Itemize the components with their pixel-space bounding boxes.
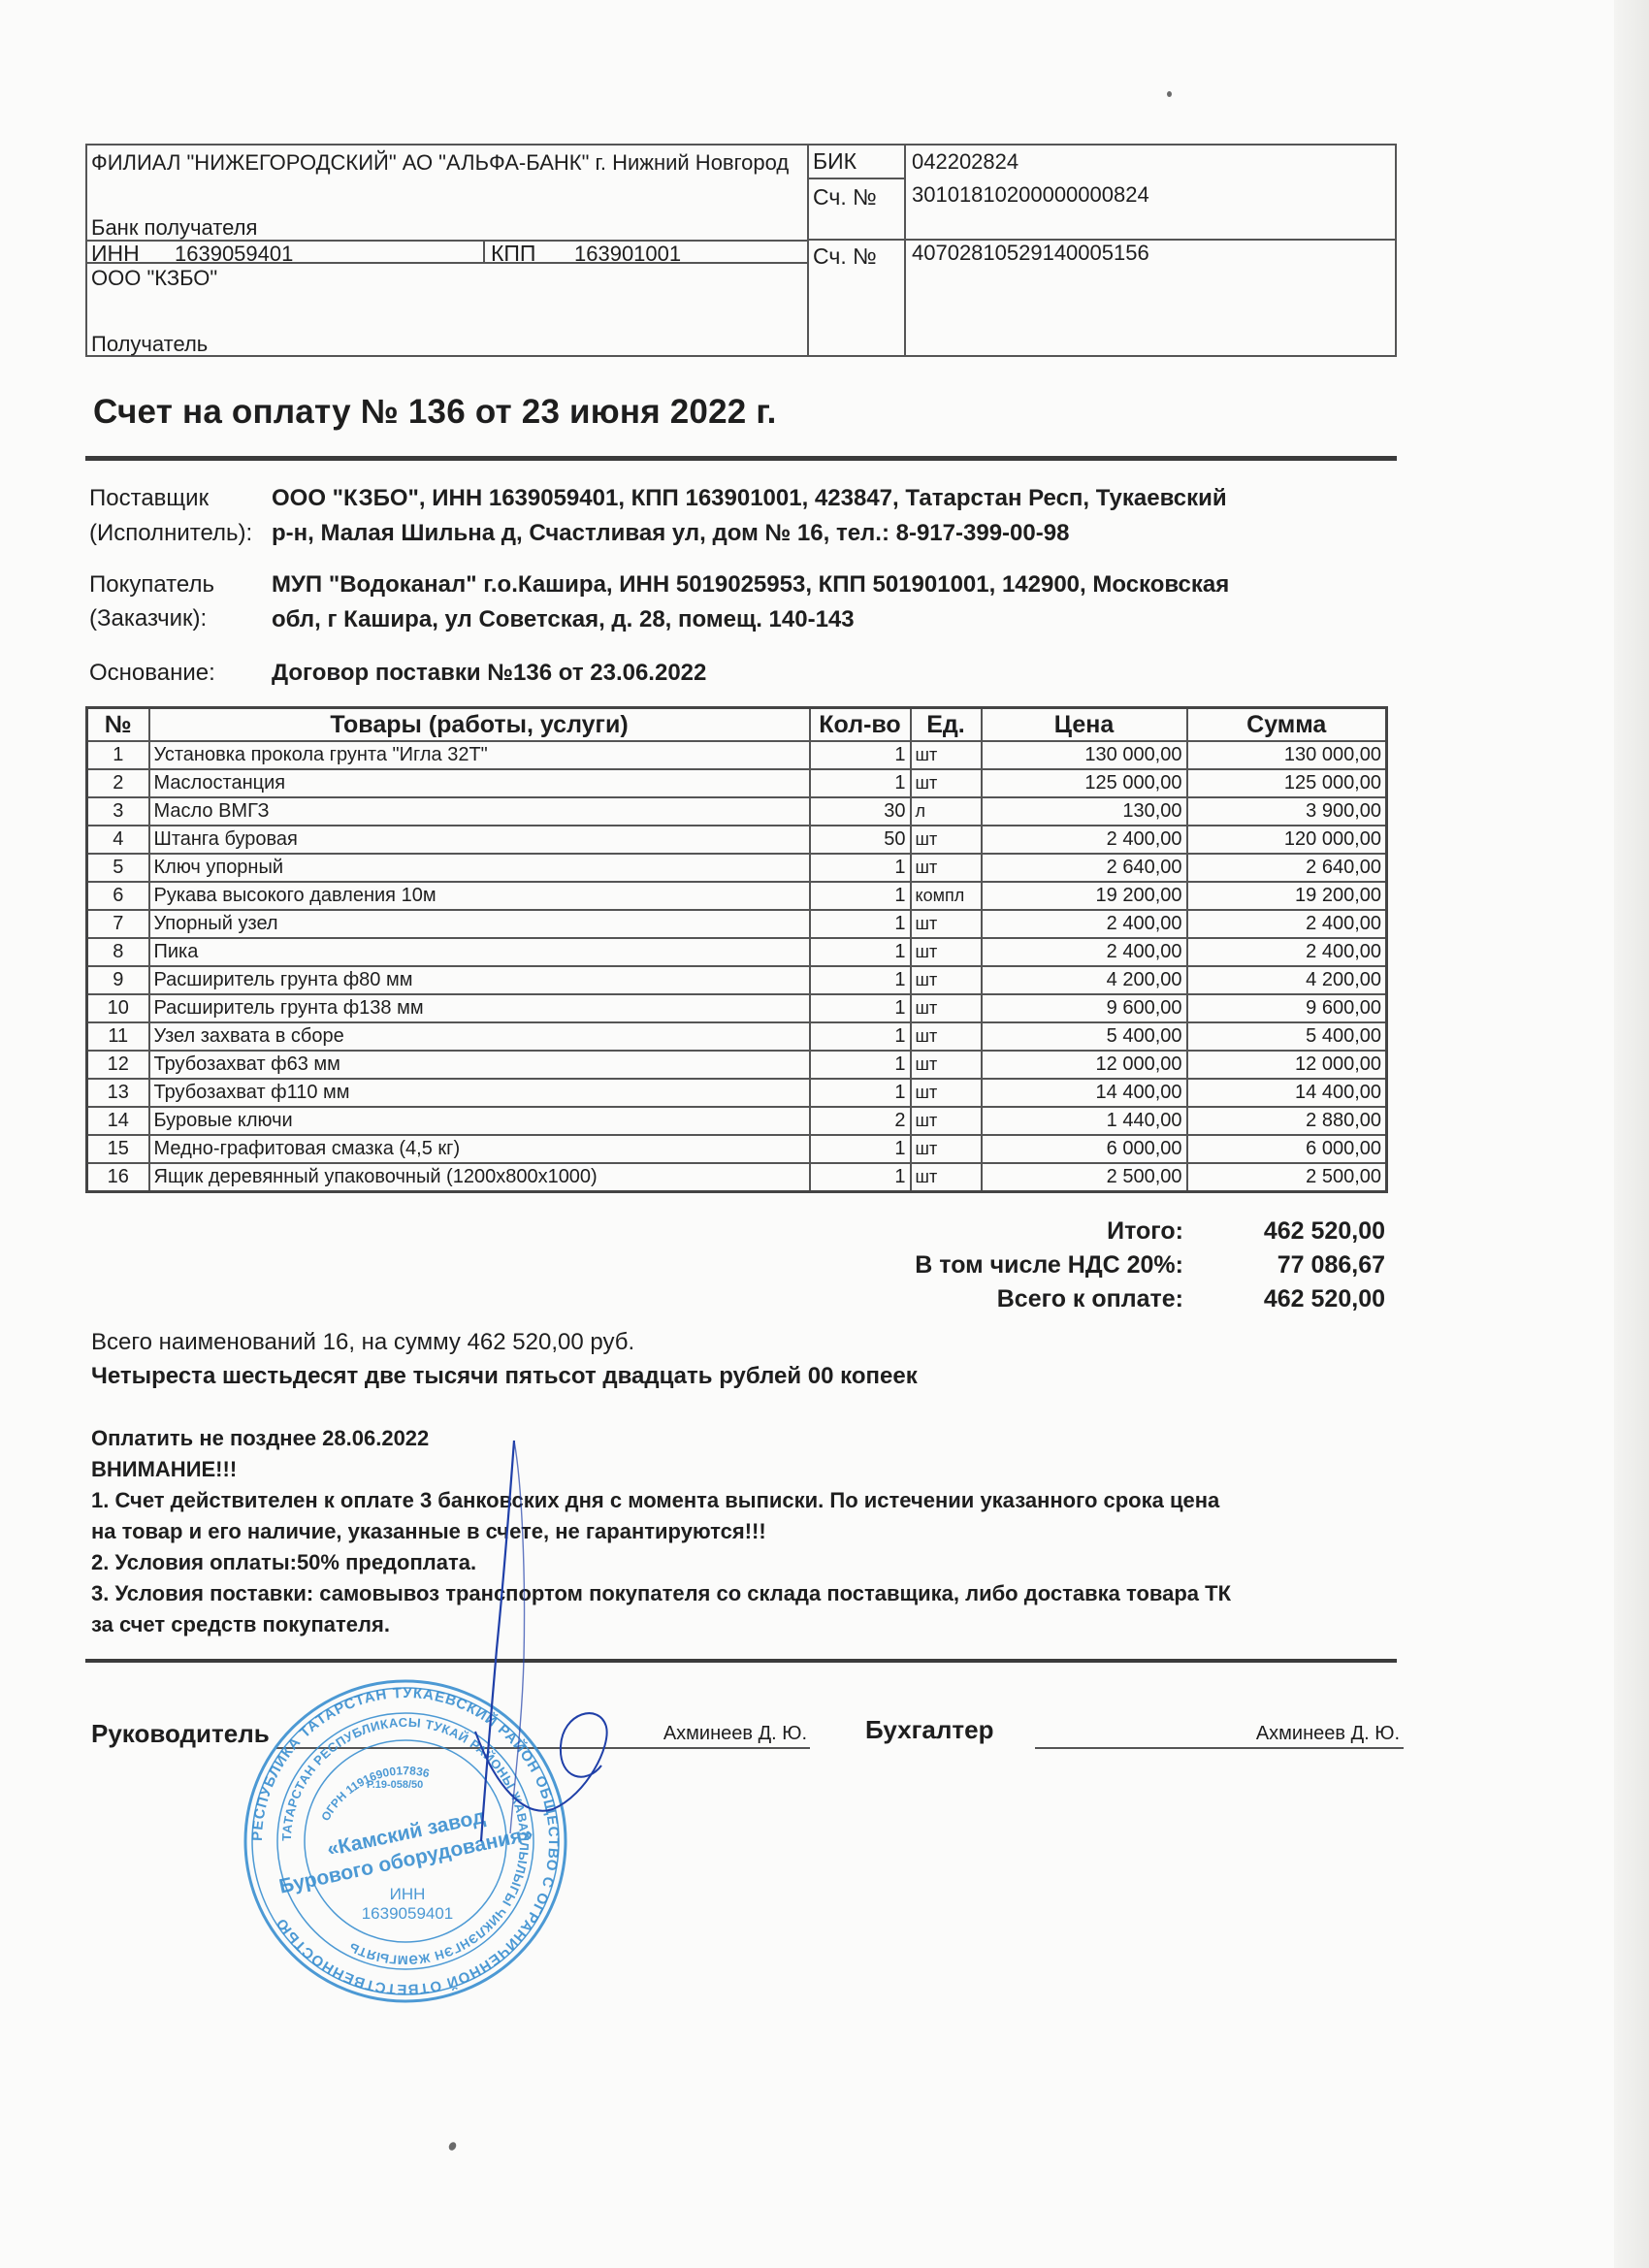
item-number: 13 bbox=[87, 1079, 149, 1107]
table-row: 5Ключ упорный1шт2 640,002 640,00 bbox=[87, 854, 1387, 882]
item-unit: шт bbox=[911, 910, 982, 938]
item-unit: шт bbox=[911, 1022, 982, 1051]
col-header-price: Цена bbox=[982, 708, 1187, 742]
item-name: Упорный узел bbox=[149, 910, 810, 938]
table-row: 4Штанга буровая50шт2 400,00120 000,00 bbox=[87, 826, 1387, 854]
scan-speck bbox=[1167, 91, 1172, 97]
item-unit: шт bbox=[911, 938, 982, 966]
item-price: 4 200,00 bbox=[982, 966, 1187, 994]
item-number: 4 bbox=[87, 826, 149, 854]
item-name: Расширитель грунта ф80 мм bbox=[149, 966, 810, 994]
vat-value: 77 086,67 bbox=[1277, 1251, 1385, 1280]
item-name: Расширитель грунта ф138 мм bbox=[149, 994, 810, 1022]
item-qty: 1 bbox=[810, 910, 911, 938]
payment-notes: Оплатить не позднее 28.06.2022 ВНИМАНИЕ!… bbox=[91, 1423, 1401, 1640]
table-header-row: № Товары (работы, услуги) Кол-во Ед. Цен… bbox=[87, 708, 1387, 742]
invoice-title: Счет на оплату № 136 от 23 июня 2022 г. bbox=[93, 393, 777, 432]
col-header-sum: Сумма bbox=[1187, 708, 1387, 742]
items-table-body: 1Установка прокола грунта "Игла 32Т"1шт1… bbox=[87, 741, 1387, 1192]
item-sum: 130 000,00 bbox=[1187, 741, 1387, 769]
corr-account-label: Сч. № bbox=[813, 184, 877, 211]
item-price: 2 400,00 bbox=[982, 938, 1187, 966]
item-price: 19 200,00 bbox=[982, 882, 1187, 910]
table-row: 16Ящик деревянный упаковочный (1200x800x… bbox=[87, 1163, 1387, 1192]
item-name: Буровые ключи bbox=[149, 1107, 810, 1135]
item-unit: шт bbox=[911, 854, 982, 882]
subtotal-value: 462 520,00 bbox=[1264, 1217, 1385, 1246]
inn-label: ИНН bbox=[91, 241, 140, 267]
table-row: 11Узел захвата в сборе1шт5 400,005 400,0… bbox=[87, 1022, 1387, 1051]
supplier-line-2: р-н, Малая Шильна д, Счастливая ул, дом … bbox=[272, 516, 1387, 551]
item-name: Штанга буровая bbox=[149, 826, 810, 854]
title-underline bbox=[85, 456, 1397, 461]
item-price: 5 400,00 bbox=[982, 1022, 1187, 1051]
item-unit: шт bbox=[911, 769, 982, 797]
basis-value: Договор поставки №136 от 23.06.2022 bbox=[272, 656, 1387, 691]
buyer-line-1: МУП "Водоканал" г.о.Кашира, ИНН 50190259… bbox=[272, 567, 1387, 602]
item-price: 2 400,00 bbox=[982, 826, 1187, 854]
scan-speck bbox=[447, 2141, 458, 2152]
item-unit: шт bbox=[911, 1079, 982, 1107]
col-header-qty: Кол-во bbox=[810, 708, 911, 742]
buyer-details: МУП "Водоканал" г.о.Кашира, ИНН 50190259… bbox=[272, 567, 1387, 637]
table-row: 15Медно-графитовая смазка (4,5 кг)1шт6 0… bbox=[87, 1135, 1387, 1163]
table-row: 13Трубозахват ф110 мм1шт14 400,0014 400,… bbox=[87, 1079, 1387, 1107]
item-price: 125 000,00 bbox=[982, 769, 1187, 797]
stamp-reg: Р.19-058/50 bbox=[367, 1779, 423, 1791]
col-header-name: Товары (работы, услуги) bbox=[149, 708, 810, 742]
item-name: Узел захвата в сборе bbox=[149, 1022, 810, 1051]
bik-value: 042202824 bbox=[912, 149, 1018, 175]
item-number: 6 bbox=[87, 882, 149, 910]
item-number: 8 bbox=[87, 938, 149, 966]
item-number: 3 bbox=[87, 797, 149, 826]
account-label: Сч. № bbox=[813, 243, 877, 270]
note-3-line-1: 3. Условия поставки: самовывоз транспорт… bbox=[91, 1578, 1401, 1609]
table-row: 1Установка прокола грунта "Игла 32Т"1шт1… bbox=[87, 741, 1387, 769]
item-sum: 5 400,00 bbox=[1187, 1022, 1387, 1051]
item-qty: 1 bbox=[810, 741, 911, 769]
item-sum: 120 000,00 bbox=[1187, 826, 1387, 854]
item-qty: 1 bbox=[810, 994, 911, 1022]
supplier-line-1: ООО "КЗБО", ИНН 1639059401, КПП 16390100… bbox=[272, 481, 1387, 516]
note-1-line-1: 1. Счет действителен к оплате 3 банковск… bbox=[91, 1485, 1401, 1516]
item-number: 11 bbox=[87, 1022, 149, 1051]
item-qty: 1 bbox=[810, 1135, 911, 1163]
item-sum: 2 640,00 bbox=[1187, 854, 1387, 882]
handwritten-signature bbox=[417, 1436, 640, 1843]
buyer-line-2: обл, г Кашира, ул Советская, д. 28, поме… bbox=[272, 602, 1387, 637]
item-number: 12 bbox=[87, 1051, 149, 1079]
item-number: 2 bbox=[87, 769, 149, 797]
note-1-line-2: на товар и его наличие, указанные в счет… bbox=[91, 1516, 1401, 1547]
buyer-label: Покупатель bbox=[89, 567, 214, 602]
corr-account-value: 30101810200000000824 bbox=[912, 182, 1149, 208]
attention-heading: ВНИМАНИЕ!!! bbox=[91, 1454, 1401, 1485]
item-sum: 6 000,00 bbox=[1187, 1135, 1387, 1163]
item-qty: 1 bbox=[810, 1079, 911, 1107]
item-name: Установка прокола грунта "Игла 32Т" bbox=[149, 741, 810, 769]
table-row: 14Буровые ключи2шт1 440,002 880,00 bbox=[87, 1107, 1387, 1135]
supplier-label: Поставщик bbox=[89, 481, 209, 516]
item-price: 6 000,00 bbox=[982, 1135, 1187, 1163]
item-number: 1 bbox=[87, 741, 149, 769]
buyer-label-sub: (Заказчик): bbox=[89, 601, 207, 636]
item-unit: шт bbox=[911, 741, 982, 769]
item-unit: шт bbox=[911, 1051, 982, 1079]
amount-in-words: Четыреста шестьдесят две тысячи пятьсот … bbox=[91, 1363, 918, 1390]
kpp-label: КПП bbox=[491, 241, 535, 267]
item-qty: 1 bbox=[810, 966, 911, 994]
total-value: 462 520,00 bbox=[1264, 1285, 1385, 1313]
item-number: 14 bbox=[87, 1107, 149, 1135]
item-sum: 3 900,00 bbox=[1187, 797, 1387, 826]
item-price: 130,00 bbox=[982, 797, 1187, 826]
table-row: 3Масло ВМГЗ30л130,003 900,00 bbox=[87, 797, 1387, 826]
item-price: 130 000,00 bbox=[982, 741, 1187, 769]
account-value: 40702810529140005156 bbox=[912, 241, 1149, 266]
items-table: № Товары (работы, услуги) Кол-во Ед. Цен… bbox=[85, 706, 1388, 1193]
stamp-inn-label: ИНН bbox=[390, 1885, 426, 1903]
item-qty: 1 bbox=[810, 1022, 911, 1051]
bank-details-table: ФИЛИАЛ "НИЖЕГОРОДСКИЙ" АО "АЛЬФА-БАНК" г… bbox=[85, 144, 1397, 357]
item-number: 9 bbox=[87, 966, 149, 994]
divider bbox=[807, 178, 904, 179]
item-sum: 19 200,00 bbox=[1187, 882, 1387, 910]
divider bbox=[483, 240, 485, 262]
accountant-name: Ахминеев Д. Ю. bbox=[1164, 1723, 1400, 1745]
item-unit: шт bbox=[911, 826, 982, 854]
item-number: 10 bbox=[87, 994, 149, 1022]
item-sum: 14 400,00 bbox=[1187, 1079, 1387, 1107]
summary-line: Всего наименований 16, на сумму 462 520,… bbox=[91, 1329, 634, 1356]
item-price: 9 600,00 bbox=[982, 994, 1187, 1022]
supplier-label-sub: (Исполнитель): bbox=[89, 516, 252, 551]
basis-label: Основание: bbox=[89, 656, 215, 691]
stamp-ogrn: ОГРН 1191690017836 bbox=[318, 1764, 431, 1823]
kpp-value: 163901001 bbox=[574, 242, 681, 267]
supplier-details: ООО "КЗБО", ИНН 1639059401, КПП 16390100… bbox=[272, 481, 1387, 551]
item-sum: 2 400,00 bbox=[1187, 910, 1387, 938]
item-sum: 2 500,00 bbox=[1187, 1163, 1387, 1192]
item-number: 16 bbox=[87, 1163, 149, 1192]
item-unit: шт bbox=[911, 1107, 982, 1135]
item-name: Масло ВМГЗ bbox=[149, 797, 810, 826]
accountant-label: Бухгалтер bbox=[865, 1715, 993, 1745]
table-row: 6Рукава высокого давления 10м1компл19 20… bbox=[87, 882, 1387, 910]
item-price: 12 000,00 bbox=[982, 1051, 1187, 1079]
table-row: 12Трубозахват ф63 мм1шт12 000,0012 000,0… bbox=[87, 1051, 1387, 1079]
item-unit: шт bbox=[911, 1135, 982, 1163]
item-qty: 1 bbox=[810, 854, 911, 882]
note-3-line-2: за счет средств покупателя. bbox=[91, 1609, 1401, 1640]
bik-label: БИК bbox=[813, 148, 857, 175]
item-sum: 9 600,00 bbox=[1187, 994, 1387, 1022]
item-price: 1 440,00 bbox=[982, 1107, 1187, 1135]
inn-value: 1639059401 bbox=[175, 242, 293, 267]
item-price: 14 400,00 bbox=[982, 1079, 1187, 1107]
item-qty: 2 bbox=[810, 1107, 911, 1135]
item-price: 2 640,00 bbox=[982, 854, 1187, 882]
divider bbox=[904, 146, 906, 355]
notes-underline bbox=[85, 1659, 1397, 1663]
table-row: 8Пика1шт2 400,002 400,00 bbox=[87, 938, 1387, 966]
table-row: 2Маслостанция1шт125 000,00125 000,00 bbox=[87, 769, 1387, 797]
item-price: 2 400,00 bbox=[982, 910, 1187, 938]
item-number: 7 bbox=[87, 910, 149, 938]
item-number: 5 bbox=[87, 854, 149, 882]
item-unit: компл bbox=[911, 882, 982, 910]
item-unit: шт bbox=[911, 994, 982, 1022]
bank-label: Банк получателя bbox=[91, 215, 257, 241]
item-unit: шт bbox=[911, 966, 982, 994]
item-qty: 30 bbox=[810, 797, 911, 826]
item-name: Рукава высокого давления 10м bbox=[149, 882, 810, 910]
table-row: 9Расширитель грунта ф80 мм1шт4 200,004 2… bbox=[87, 966, 1387, 994]
table-row: 10Расширитель грунта ф138 мм1шт9 600,009… bbox=[87, 994, 1387, 1022]
subtotal-label: Итого: bbox=[1107, 1217, 1183, 1246]
item-qty: 50 bbox=[810, 826, 911, 854]
table-row: 7Упорный узел1шт2 400,002 400,00 bbox=[87, 910, 1387, 938]
item-qty: 1 bbox=[810, 1163, 911, 1192]
stamp-inn: 1639059401 bbox=[362, 1904, 454, 1923]
item-name: Ящик деревянный упаковочный (1200x800x10… bbox=[149, 1163, 810, 1192]
item-sum: 125 000,00 bbox=[1187, 769, 1387, 797]
recipient-label: Получатель bbox=[91, 332, 208, 357]
recipient-name: ООО "КЗБО" bbox=[91, 266, 217, 291]
item-name: Ключ упорный bbox=[149, 854, 810, 882]
item-sum: 2 880,00 bbox=[1187, 1107, 1387, 1135]
item-number: 15 bbox=[87, 1135, 149, 1163]
item-name: Трубозахват ф110 мм bbox=[149, 1079, 810, 1107]
bank-name: ФИЛИАЛ "НИЖЕГОРОДСКИЙ" АО "АЛЬФА-БАНК" г… bbox=[91, 148, 799, 178]
vat-label: В том числе НДС 20%: bbox=[915, 1251, 1183, 1280]
item-name: Маслостанция bbox=[149, 769, 810, 797]
item-name: Медно-графитовая смазка (4,5 кг) bbox=[149, 1135, 810, 1163]
item-sum: 12 000,00 bbox=[1187, 1051, 1387, 1079]
item-qty: 1 bbox=[810, 882, 911, 910]
accountant-signature-line bbox=[1035, 1747, 1404, 1749]
note-2: 2. Условия оплаты:50% предоплата. bbox=[91, 1547, 1401, 1578]
item-name: Пика bbox=[149, 938, 810, 966]
item-qty: 1 bbox=[810, 938, 911, 966]
item-unit: шт bbox=[911, 1163, 982, 1192]
item-unit: л bbox=[911, 797, 982, 826]
item-name: Трубозахват ф63 мм bbox=[149, 1051, 810, 1079]
item-price: 2 500,00 bbox=[982, 1163, 1187, 1192]
item-qty: 1 bbox=[810, 769, 911, 797]
item-sum: 4 200,00 bbox=[1187, 966, 1387, 994]
total-label: Всего к оплате: bbox=[997, 1285, 1183, 1313]
item-qty: 1 bbox=[810, 1051, 911, 1079]
item-sum: 2 400,00 bbox=[1187, 938, 1387, 966]
col-header-number: № bbox=[87, 708, 149, 742]
col-header-unit: Ед. bbox=[911, 708, 982, 742]
pay-by-date: Оплатить не позднее 28.06.2022 bbox=[91, 1423, 1401, 1454]
scan-edge-shadow bbox=[1614, 0, 1649, 2268]
